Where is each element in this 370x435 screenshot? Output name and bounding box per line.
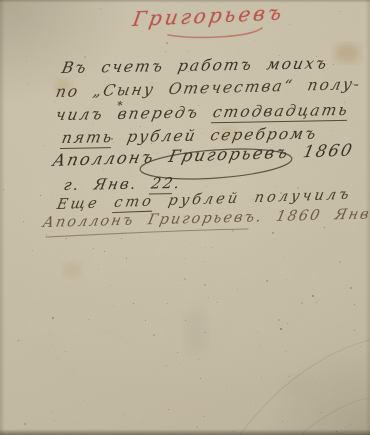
paper-speck [113,306,114,307]
paper-speck [324,227,325,228]
paper-speck [180,364,181,365]
handwriting-line-2: по „Сыну Отечества“ полу- [54,75,362,101]
paper-speck [285,351,286,352]
paper-speck [104,251,105,252]
paper-speck [176,280,177,281]
paper-speck [238,49,239,50]
paper-speck [354,330,355,331]
paper-speck [111,138,113,140]
paper-speck [333,64,334,65]
paper-speck [23,221,24,222]
paper-speck [230,170,231,171]
handwriting-line-6-date: г. Янв. 22. [62,174,183,194]
paper-speck [184,247,185,248]
paper-speck [54,101,55,102]
paper-speck [88,319,89,320]
paper-speck [283,257,284,258]
paper-speck [166,365,167,366]
paper-speck [275,186,276,187]
paper-speck [76,333,77,334]
paper-speck [339,261,341,263]
paper-speck [126,258,127,259]
paper-speck [142,422,143,423]
text-segment: по „Сыну Отечества“ полу- [54,75,362,101]
underlined-segment: сто [112,194,155,214]
paper-speck [316,382,317,383]
paper-speck [24,423,26,425]
paper-speck [165,51,166,52]
paper-speck [32,250,33,251]
paper-speck [26,61,27,62]
paper-speck [350,424,351,425]
page-edge-shadow-top [0,0,370,3]
paper-speck [93,248,94,249]
paper-speck [57,359,58,360]
paper-speck [198,359,199,360]
paper-speck [232,230,234,232]
paper-speck [205,316,206,317]
paper-speck [187,51,188,52]
paper-speck [321,412,322,413]
paper-speck [166,42,168,44]
paper-speck [282,421,283,422]
paper-speck [260,345,261,346]
underlined-segment: стодвадцать [211,101,351,123]
stain [279,375,311,395]
paper-speck [116,56,117,57]
paper-speck [289,24,290,25]
paper-speck [177,352,178,353]
paper-speck [350,287,352,289]
text-segment: чилъ впередъ [54,103,215,124]
stain [334,43,360,63]
paper-speck [257,332,258,333]
paper-speck [203,416,204,417]
text-segment: 1860 [287,140,355,161]
paper-speck [226,385,227,386]
paper-speck [205,332,206,333]
paper-speck [18,340,19,341]
paper-speck [141,380,142,381]
paper-speck [45,46,46,47]
paper-speck [168,409,169,410]
text-segment: г. Янв. [62,174,153,194]
paper-speck [216,302,217,303]
paper-speck [52,317,54,319]
manuscript-page: Григорьевъ Въ счетъ работъ моихъ по „Сын… [0,0,370,435]
handwriting-line-3: чилъ впередъ стодвадцать [54,101,350,124]
paper-speck [205,247,206,248]
paper-speck [51,344,52,345]
red-inscription: Григорьевъ [131,0,286,31]
stain [184,304,208,356]
paper-speck [286,279,287,280]
paper-speck [280,328,282,330]
paper-speck [333,398,334,399]
paper-speck [206,186,207,187]
paper-speck [280,192,282,194]
paper-speck [66,238,67,239]
paper-speck [279,55,280,56]
paper-speck [203,261,204,262]
paper-speck [140,126,141,127]
underlined-segment: пять [60,128,115,149]
paper-speck [55,22,56,23]
paper-speck [34,353,35,354]
paper-speck [255,40,256,41]
paper-speck [46,234,47,235]
text-segment: . [173,174,183,192]
paper-speck [83,400,84,401]
paper-speck [250,403,251,404]
paper-speck [74,422,75,423]
paper-speck [44,145,45,146]
paper-speck [54,420,55,421]
paper-speck [200,378,201,379]
paper-speck [218,158,219,159]
paper-speck [287,323,288,324]
paper-speck [133,303,134,304]
paper-speck [100,8,101,9]
paper-speck [109,285,110,286]
paper-speck [40,195,41,196]
paper-speck [184,278,186,280]
paper-speck [340,11,341,12]
paper-speck [103,169,104,170]
paper-speck [16,365,17,366]
paper-speck [27,84,28,85]
paper-speck [65,351,66,352]
paper-speck [261,377,262,378]
paper-speck [98,269,99,270]
crease [240,340,370,435]
page-edge-shadow-bottom [0,429,370,435]
paper-speck [340,107,341,108]
paper-speck [121,337,122,338]
paper-speck [181,91,182,92]
paper-speck [52,411,53,412]
paper-speck [360,346,361,347]
paper-speck [225,176,227,178]
paper-speck [212,247,213,248]
page-edge-shadow-left [0,0,5,435]
paper-speck [191,89,192,90]
paper-speck [272,232,274,234]
paper-speck [124,414,125,415]
paper-speck [84,56,86,58]
paper-speck [185,320,186,321]
paper-speck [121,238,122,239]
stain [62,262,82,278]
text-segment: Еще [55,195,115,213]
paper-speck [109,332,110,333]
paper-speck [301,302,303,304]
paper-speck [145,320,146,321]
paper-speck [316,302,317,303]
paper-speck [354,304,355,305]
paper-speck [38,28,39,29]
paper-speck [237,289,238,290]
paper-speck [153,334,155,336]
paper-speck [93,124,94,125]
paper-speck [266,280,268,282]
paper-speck [278,319,280,321]
page-edge-shadow-right [365,0,370,435]
paper-speck [196,426,198,428]
paper-speck [331,130,332,131]
text-segment: Въ счетъ работъ моихъ [60,54,330,77]
paper-speck [204,284,206,286]
paper-speck [289,376,290,377]
handwriting-line-1: Въ счетъ работъ моихъ [60,54,330,77]
paper-speck [300,419,301,420]
text-segment: Аполлонъ [51,147,171,170]
paper-speck [312,295,314,297]
paper-speck [167,303,168,304]
signature-name: Григорьевъ [167,143,291,166]
paper-speck [208,297,209,298]
paper-speck [184,258,185,259]
